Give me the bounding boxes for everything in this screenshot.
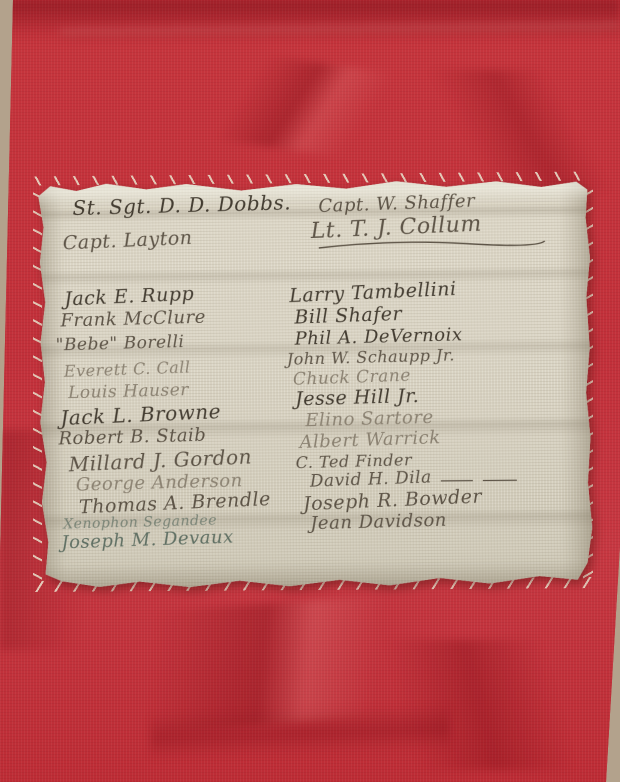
signature: Everett C. Call bbox=[64, 359, 191, 379]
signature: Louis Hauser bbox=[68, 382, 189, 402]
signature: Capt. Layton bbox=[62, 229, 192, 254]
signature: Jesse Hill Jr. bbox=[295, 387, 420, 409]
fabric-crease bbox=[125, 37, 464, 172]
signature: "Bebe" Borelli bbox=[55, 334, 184, 354]
signature: Jack E. Rupp bbox=[64, 285, 195, 310]
signature: John W. Schaupp Jr. bbox=[287, 347, 455, 367]
signature: Albert Warrick bbox=[299, 429, 441, 452]
signature: Jean Davidson bbox=[310, 512, 447, 534]
scanned-signature-cloth: St. Sgt. D. D. Dobbs. Capt. Layton Capt.… bbox=[0, 0, 620, 782]
signature: Robert B. Staib bbox=[58, 427, 206, 449]
fabric-crease bbox=[410, 70, 620, 190]
signature: Joseph M. Devaux bbox=[61, 528, 234, 552]
signature: Larry Tambellini bbox=[289, 280, 457, 306]
linen-patch-surface: St. Sgt. D. D. Dobbs. Capt. Layton Capt.… bbox=[36, 178, 593, 591]
fabric-crease bbox=[60, 23, 620, 39]
signature: Frank McClure bbox=[60, 309, 206, 331]
pen-dash-stroke bbox=[439, 476, 519, 485]
fabric-crease bbox=[340, 640, 620, 770]
signature: Lt. T. J. Collum bbox=[310, 214, 482, 243]
fabric-crease bbox=[36, 581, 603, 740]
fabric-crease bbox=[150, 700, 450, 760]
linen-signature-patch: St. Sgt. D. D. Dobbs. Capt. Layton Capt.… bbox=[36, 178, 593, 591]
signature: St. Sgt. D. D. Dobbs. bbox=[72, 192, 291, 218]
fabric-crease bbox=[0, 0, 620, 44]
signature: Bill Shafer bbox=[294, 305, 402, 328]
